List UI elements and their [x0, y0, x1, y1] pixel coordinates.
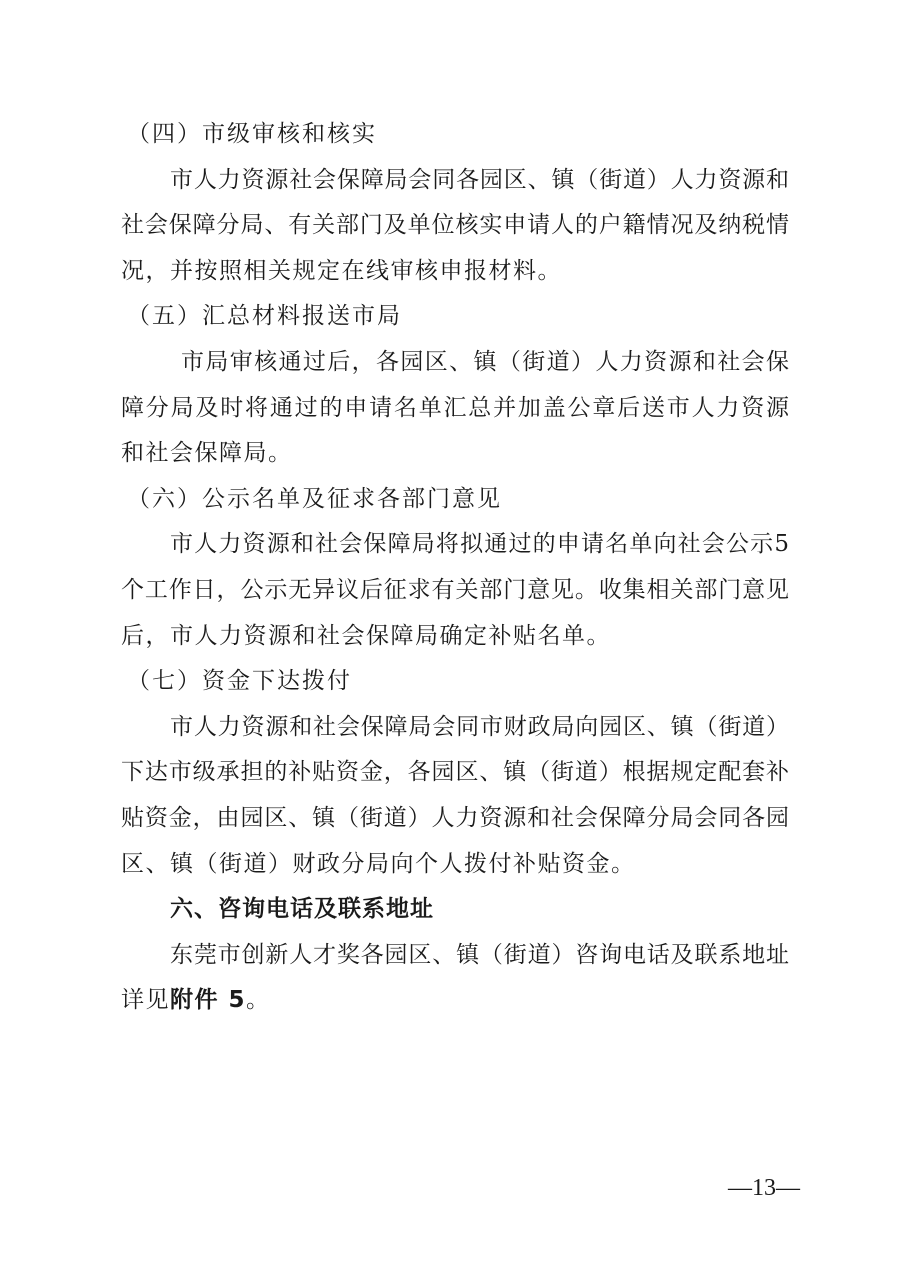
section-heading-5: （五）汇总材料报送市局 [121, 294, 789, 340]
paragraph-line: 市局审核通过后，各园区、镇（街道）人力资源和社会保 [121, 340, 789, 386]
paragraph-line: 个工作日，公示无异议后征求有关部门意见。收集相关部门意见 [121, 568, 789, 614]
paragraph-line: 市人力资源社会保障局会同各园区、镇（街道）人力资源和 [121, 158, 789, 204]
contact-suffix: 。 [246, 987, 271, 1013]
paragraph-line: 和社会保障局。 [121, 431, 789, 477]
paragraph-line: 社会保障分局、有关部门及单位核实申请人的户籍情况及纳税情 [121, 203, 789, 249]
paragraph-line: 贴资金，由园区、镇（街道）人力资源和社会保障分局会同各园 [121, 796, 789, 842]
paragraph-line: 后，市人力资源和社会保障局确定补贴名单。 [121, 614, 789, 660]
document-page: （四）市级审核和核实 市人力资源社会保障局会同各园区、镇（街道）人力资源和 社会… [121, 112, 789, 1024]
paragraph-line: 下达市级承担的补贴资金，各园区、镇（街道）根据规定配套补 [121, 750, 789, 796]
page-number: —13— [728, 1175, 800, 1202]
paragraph-line: 市人力资源和社会保障局会同市财政局向园区、镇（街道） [121, 705, 789, 751]
contact-paragraph-line: 东莞市创新人才奖各园区、镇（街道）咨询电话及联系地址 [121, 933, 789, 979]
paragraph-line: 区、镇（街道）财政分局向个人拨付补贴资金。 [121, 842, 789, 888]
section-heading-4: （四）市级审核和核实 [121, 112, 789, 158]
paragraph-line: 障分局及时将通过的申请名单汇总并加盖公章后送市人力资源 [121, 386, 789, 432]
paragraph-line: 况，并按照相关规定在线审核申报材料。 [121, 249, 789, 295]
contact-prefix: 详见 [121, 987, 170, 1013]
section-heading-7: （七）资金下达拨付 [121, 659, 789, 705]
main-heading-contact: 六、咨询电话及联系地址 [121, 887, 789, 933]
contact-paragraph-line: 详见附件 5。 [121, 978, 789, 1024]
attachment-reference: 附件 5 [170, 987, 246, 1013]
section-heading-6: （六）公示名单及征求各部门意见 [121, 477, 789, 523]
paragraph-line: 市人力资源和社会保障局将拟通过的申请名单向社会公示5 [121, 522, 789, 568]
